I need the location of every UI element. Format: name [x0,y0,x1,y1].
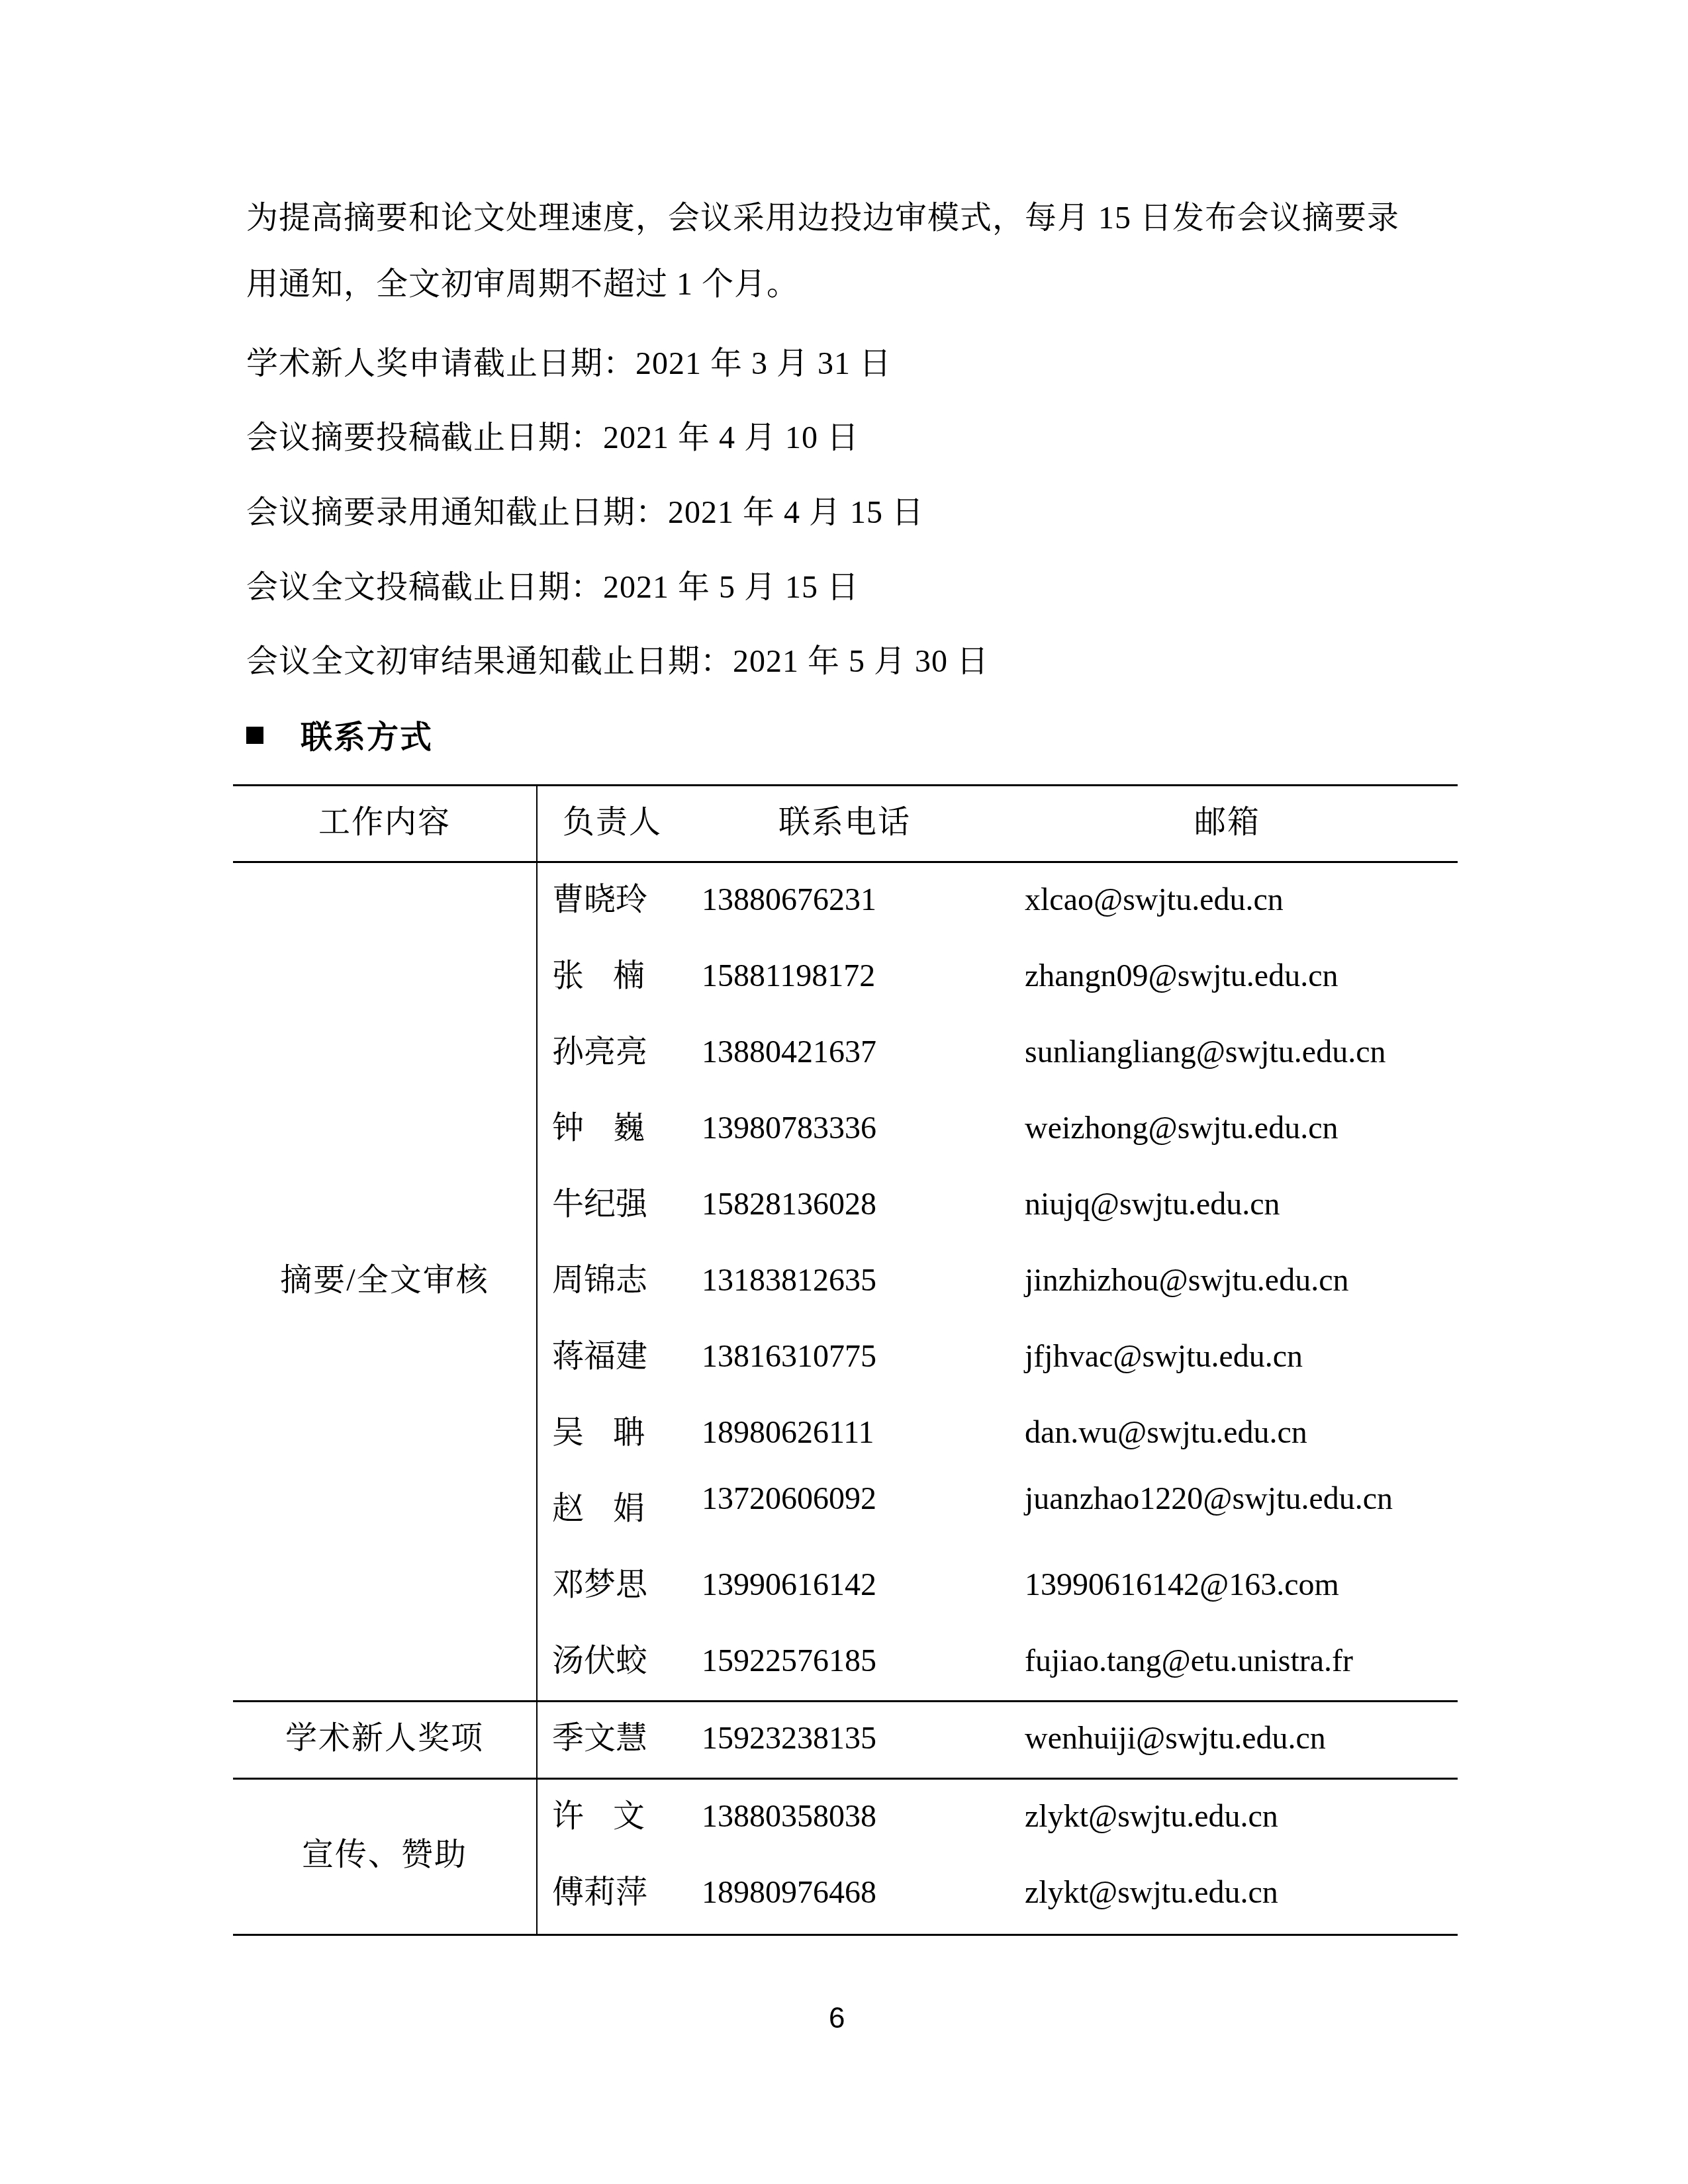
name-part: 周锦志 [552,1261,647,1300]
table-group-divider-2 [233,1778,1458,1780]
name-part: 文 [613,1797,645,1837]
phone-number: 18980976468 [702,1873,876,1913]
person-name: 周锦志 [552,1261,645,1300]
name-part: 傅莉萍 [552,1873,647,1913]
table-top-rule [233,784,1458,786]
contact-table: 工作内容 负责人 联系电话 邮箱 摘要/全文审核 曹晓玲 13880676231… [233,784,1458,1936]
email-address[interactable]: weizhong@swjtu.edu.cn [1025,1109,1338,1148]
intro-paragraph-line-2: 用通知，全文初审周期不超过 1 个月。 [246,265,799,304]
person-name: 赵娟 [552,1489,645,1529]
phone-number: 13720606092 [702,1479,876,1519]
name-part: 牛纪强 [552,1185,647,1224]
name-part: 曹晓玲 [552,880,647,920]
deadline-abstract-acceptance: 会议摘要录用通知截止日期：2021 年 4 月 15 日 [246,493,924,533]
email-address[interactable]: wenhuiji@swjtu.edu.cn [1025,1719,1326,1758]
deadline-abstract-submission: 会议摘要投稿截止日期：2021 年 4 月 10 日 [246,418,859,458]
person-name: 曹晓玲 [552,880,645,920]
email-address[interactable]: niujq@swjtu.edu.cn [1025,1185,1280,1224]
table-column-divider [536,784,538,1936]
name-part: 邓梦思 [552,1565,647,1605]
header-phone: 联系电话 [778,803,911,842]
name-part: 汤伏蛟 [552,1641,647,1681]
phone-number: 15923238135 [702,1719,876,1758]
email-address[interactable]: zlykt@swjtu.edu.cn [1025,1797,1278,1837]
name-part: 楠 [613,956,645,996]
person-name: 钟巍 [552,1109,645,1148]
name-part: 聃 [613,1413,645,1453]
phone-number: 13880676231 [702,880,876,920]
table-header-rule [233,861,1458,863]
person-name: 吴聃 [552,1413,645,1453]
name-part: 季文慧 [552,1719,647,1758]
phone-number: 15881198172 [702,956,875,996]
email-address[interactable]: juanzhao1220@swjtu.edu.cn [1025,1479,1393,1519]
phone-number: 13990616142 [702,1565,876,1605]
email-address[interactable]: fujiao.tang@etu.unistra.fr [1025,1641,1353,1681]
intro-paragraph-line-1: 为提高摘要和论文处理速度，会议采用边投边审模式，每月 15 日发布会议摘要录 [246,199,1399,238]
name-part: 钟 [552,1109,584,1148]
email-address[interactable]: jinzhizhou@swjtu.edu.cn [1025,1261,1348,1300]
name-part: 娟 [613,1489,645,1529]
table-bottom-rule [233,1934,1458,1936]
deadline-award-application: 学术新人奖申请截止日期：2021 年 3 月 31 日 [246,344,892,384]
category-review: 摘要/全文审核 [233,1261,536,1300]
phone-number: 13880421637 [702,1032,876,1072]
email-address[interactable]: jfjhvac@swjtu.edu.cn [1025,1337,1303,1377]
name-part: 孙亮亮 [552,1032,647,1072]
page-number: 6 [829,1999,845,2038]
email-address[interactable]: sunliangliang@swjtu.edu.cn [1025,1032,1385,1072]
phone-number: 15828136028 [702,1185,876,1224]
deadline-fullpaper-review-result: 会议全文初审结果通知截止日期：2021 年 5 月 30 日 [246,642,989,682]
name-part: 许 [552,1797,584,1837]
name-part: 吴 [552,1413,584,1453]
email-address[interactable]: zlykt@swjtu.edu.cn [1025,1873,1278,1913]
email-address[interactable]: 13990616142@163.com [1025,1565,1339,1605]
black-square-bullet-icon [246,727,263,744]
name-part: 蒋福建 [552,1337,647,1377]
phone-number: 13880358038 [702,1797,876,1837]
name-part: 张 [552,956,584,996]
person-name: 张楠 [552,956,645,996]
deadline-fullpaper-submission: 会议全文投稿截止日期：2021 年 5 月 15 日 [246,568,859,608]
header-work-content: 工作内容 [233,803,536,842]
category-new-scholar-award: 学术新人奖项 [233,1719,536,1758]
phone-number: 18980626111 [702,1413,874,1453]
table-group-divider-1 [233,1700,1458,1702]
header-email: 邮箱 [1194,803,1260,842]
person-name: 蒋福建 [552,1337,645,1377]
phone-number: 13980783336 [702,1109,876,1148]
phone-number: 15922576185 [702,1641,876,1681]
email-address[interactable]: zhangn09@swjtu.edu.cn [1025,956,1338,996]
person-name: 季文慧 [552,1719,645,1758]
person-name: 邓梦思 [552,1565,645,1605]
contact-section-title: 联系方式 [301,720,433,755]
person-name: 傅莉萍 [552,1873,645,1913]
header-person: 负责人 [563,803,662,842]
person-name: 许文 [552,1797,645,1837]
person-name: 孙亮亮 [552,1032,645,1072]
person-name: 牛纪强 [552,1185,645,1224]
email-address[interactable]: xlcao@swjtu.edu.cn [1025,880,1284,920]
name-part: 赵 [552,1489,584,1529]
phone-number: 13816310775 [702,1337,876,1377]
contact-section-heading: 联系方式 [246,718,433,758]
person-name: 汤伏蛟 [552,1641,645,1681]
name-part: 巍 [613,1109,645,1148]
document-page: 为提高摘要和论文处理速度，会议采用边投边审模式，每月 15 日发布会议摘要录 用… [0,0,1688,2184]
category-publicity-sponsorship: 宣传、赞助 [233,1835,536,1875]
email-address[interactable]: dan.wu@swjtu.edu.cn [1025,1413,1307,1453]
phone-number: 13183812635 [702,1261,876,1300]
